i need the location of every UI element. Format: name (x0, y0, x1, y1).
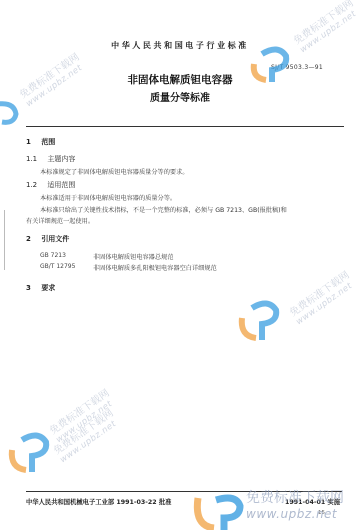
section-title: 范围 (41, 138, 55, 146)
section-1-2-text-2a: 本标准只给出了关键性技术指标，不是一个完整的标准，必须与 GB 7213、GB(… (40, 205, 287, 214)
section-title: 适用范围 (47, 181, 75, 189)
reference-name: 非固体电解质多孔阳极钽电容器空白详细规范 (93, 263, 217, 272)
section-3-heading: 3 要求 (26, 283, 55, 293)
section-2-heading: 2 引用文件 (26, 234, 69, 244)
watermark-text: 免费标准下载网 www.upbz.net (288, 270, 358, 328)
header-rule (26, 126, 344, 127)
scan-edge-line (4, 210, 5, 270)
section-1-heading: 1 范围 (26, 137, 55, 147)
up-logo-icon (236, 296, 282, 342)
effective-date: 1991-04-01 实施 (285, 497, 340, 506)
footer-rule (26, 491, 342, 492)
issuing-organization: 中华人民共和国电子行业标准 (0, 40, 360, 51)
section-number: 1 (26, 138, 31, 146)
page-number: 15 (318, 510, 325, 516)
standard-code: SJ/T 9503.3—91 (271, 64, 323, 71)
section-number: 1.1 (26, 155, 37, 163)
watermark-text: 免费标准下载网 www.upbz.net (48, 388, 118, 446)
section-1-1-text: 本标准规定了非固体电解质钽电容器质量分等的要求。 (40, 167, 189, 176)
reference-code: GB 7213 (40, 252, 66, 259)
document-subtitle: 质量分等标准 (0, 89, 360, 104)
section-title: 主题内容 (47, 155, 75, 163)
reference-code: GB/T 12795 (40, 263, 75, 270)
section-1-2-text-2b: 有关详细规范一起使用。 (26, 216, 94, 225)
watermark-banner: 免费标准下载网 www.upbz.net (246, 490, 344, 522)
up-logo-icon (6, 428, 52, 474)
section-number: 2 (26, 235, 31, 243)
section-number: 3 (26, 284, 31, 292)
section-title: 引用文件 (41, 235, 69, 243)
section-1-1-heading: 1.1 主题内容 (26, 154, 75, 164)
section-1-2-heading: 1.2 适用范围 (26, 180, 75, 190)
reference-name: 非固体电解质钽电容器总规范 (93, 252, 173, 261)
document-title: 非固体电解质钽电容器 (0, 72, 360, 87)
issuer-approval: 中华人民共和国机械电子工业部 1991-03-22 批准 (26, 497, 171, 506)
up-logo-icon (192, 492, 244, 530)
section-1-2-text-1: 本标准适用于非固体电解质钽电容器的质量分等。 (40, 193, 176, 202)
section-number: 1.2 (26, 181, 37, 189)
up-logo-icon (0, 100, 20, 130)
section-title: 要求 (41, 284, 55, 292)
watermark-text: 免费标准下载网 www.upbz.net (52, 408, 122, 466)
document-page: 中华人民共和国电子行业标准 SJ/T 9503.3—91 非固体电解质钽电容器 … (0, 0, 360, 530)
